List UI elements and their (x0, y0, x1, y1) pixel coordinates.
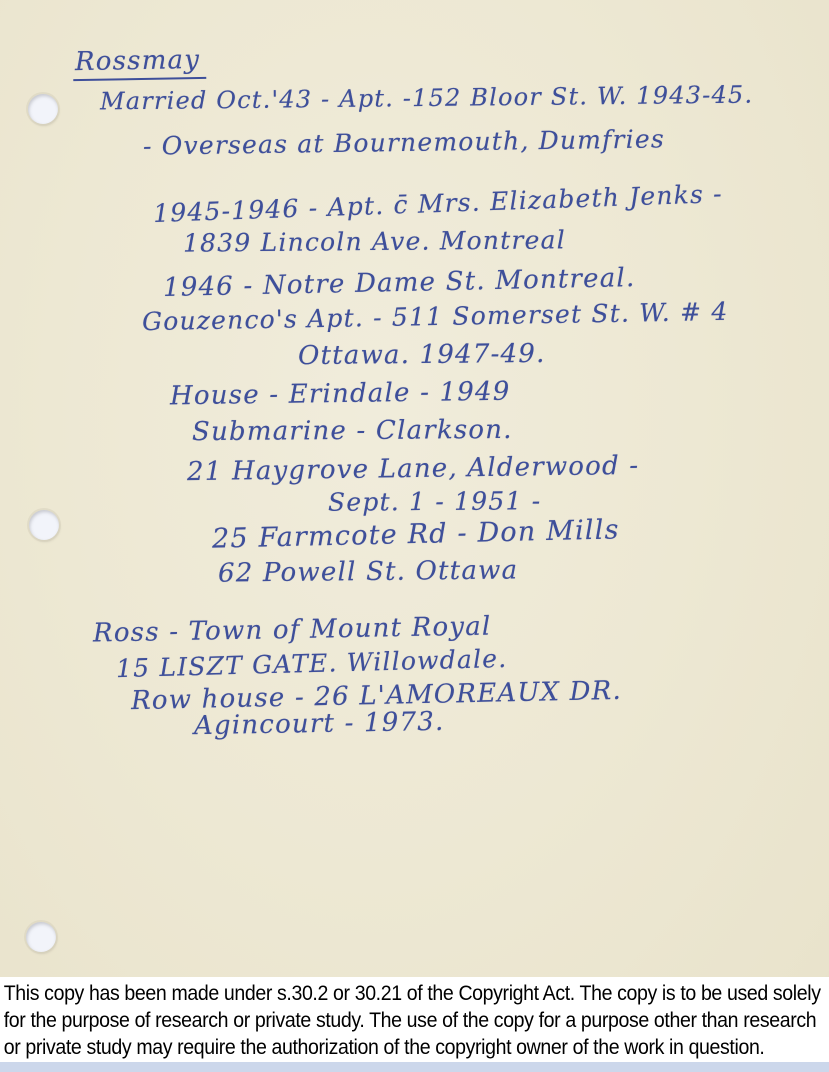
copyright-notice-line: or private study may require the authori… (0, 1034, 771, 1061)
handwritten-line: House - Erindale - 1949 (170, 377, 511, 412)
handwritten-line: 21 Haygrove Lane, Alderwood - (187, 451, 640, 487)
scan-footer-bar (0, 1062, 829, 1072)
scanned-page: Rossmay Married Oct.'43 - Apt. -152 Bloo… (0, 0, 829, 1072)
copyright-notice-line: This copy has been made under s.30.2 or … (0, 980, 771, 1007)
page-heading: Rossmay (73, 45, 207, 81)
copyright-notice: This copy has been made under s.30.2 or … (0, 977, 829, 1062)
handwritten-line: Submarine - Clarkson. (192, 415, 513, 447)
hole-punch (26, 922, 56, 952)
handwritten-line: 62 Powell St. Ottawa (218, 555, 519, 588)
handwritten-line: Ottawa. 1947-49. (298, 339, 546, 371)
handwritten-line: Agincourt - 1973. (194, 707, 445, 741)
hole-punch (29, 510, 59, 540)
handwritten-line: Sept. 1 - 1951 - (328, 486, 542, 516)
copyright-notice-line: for the purpose of research or private s… (0, 1007, 771, 1034)
handwritten-line: 1839 Lincoln Ave. Montreal (183, 225, 566, 257)
hole-punch (28, 94, 58, 124)
